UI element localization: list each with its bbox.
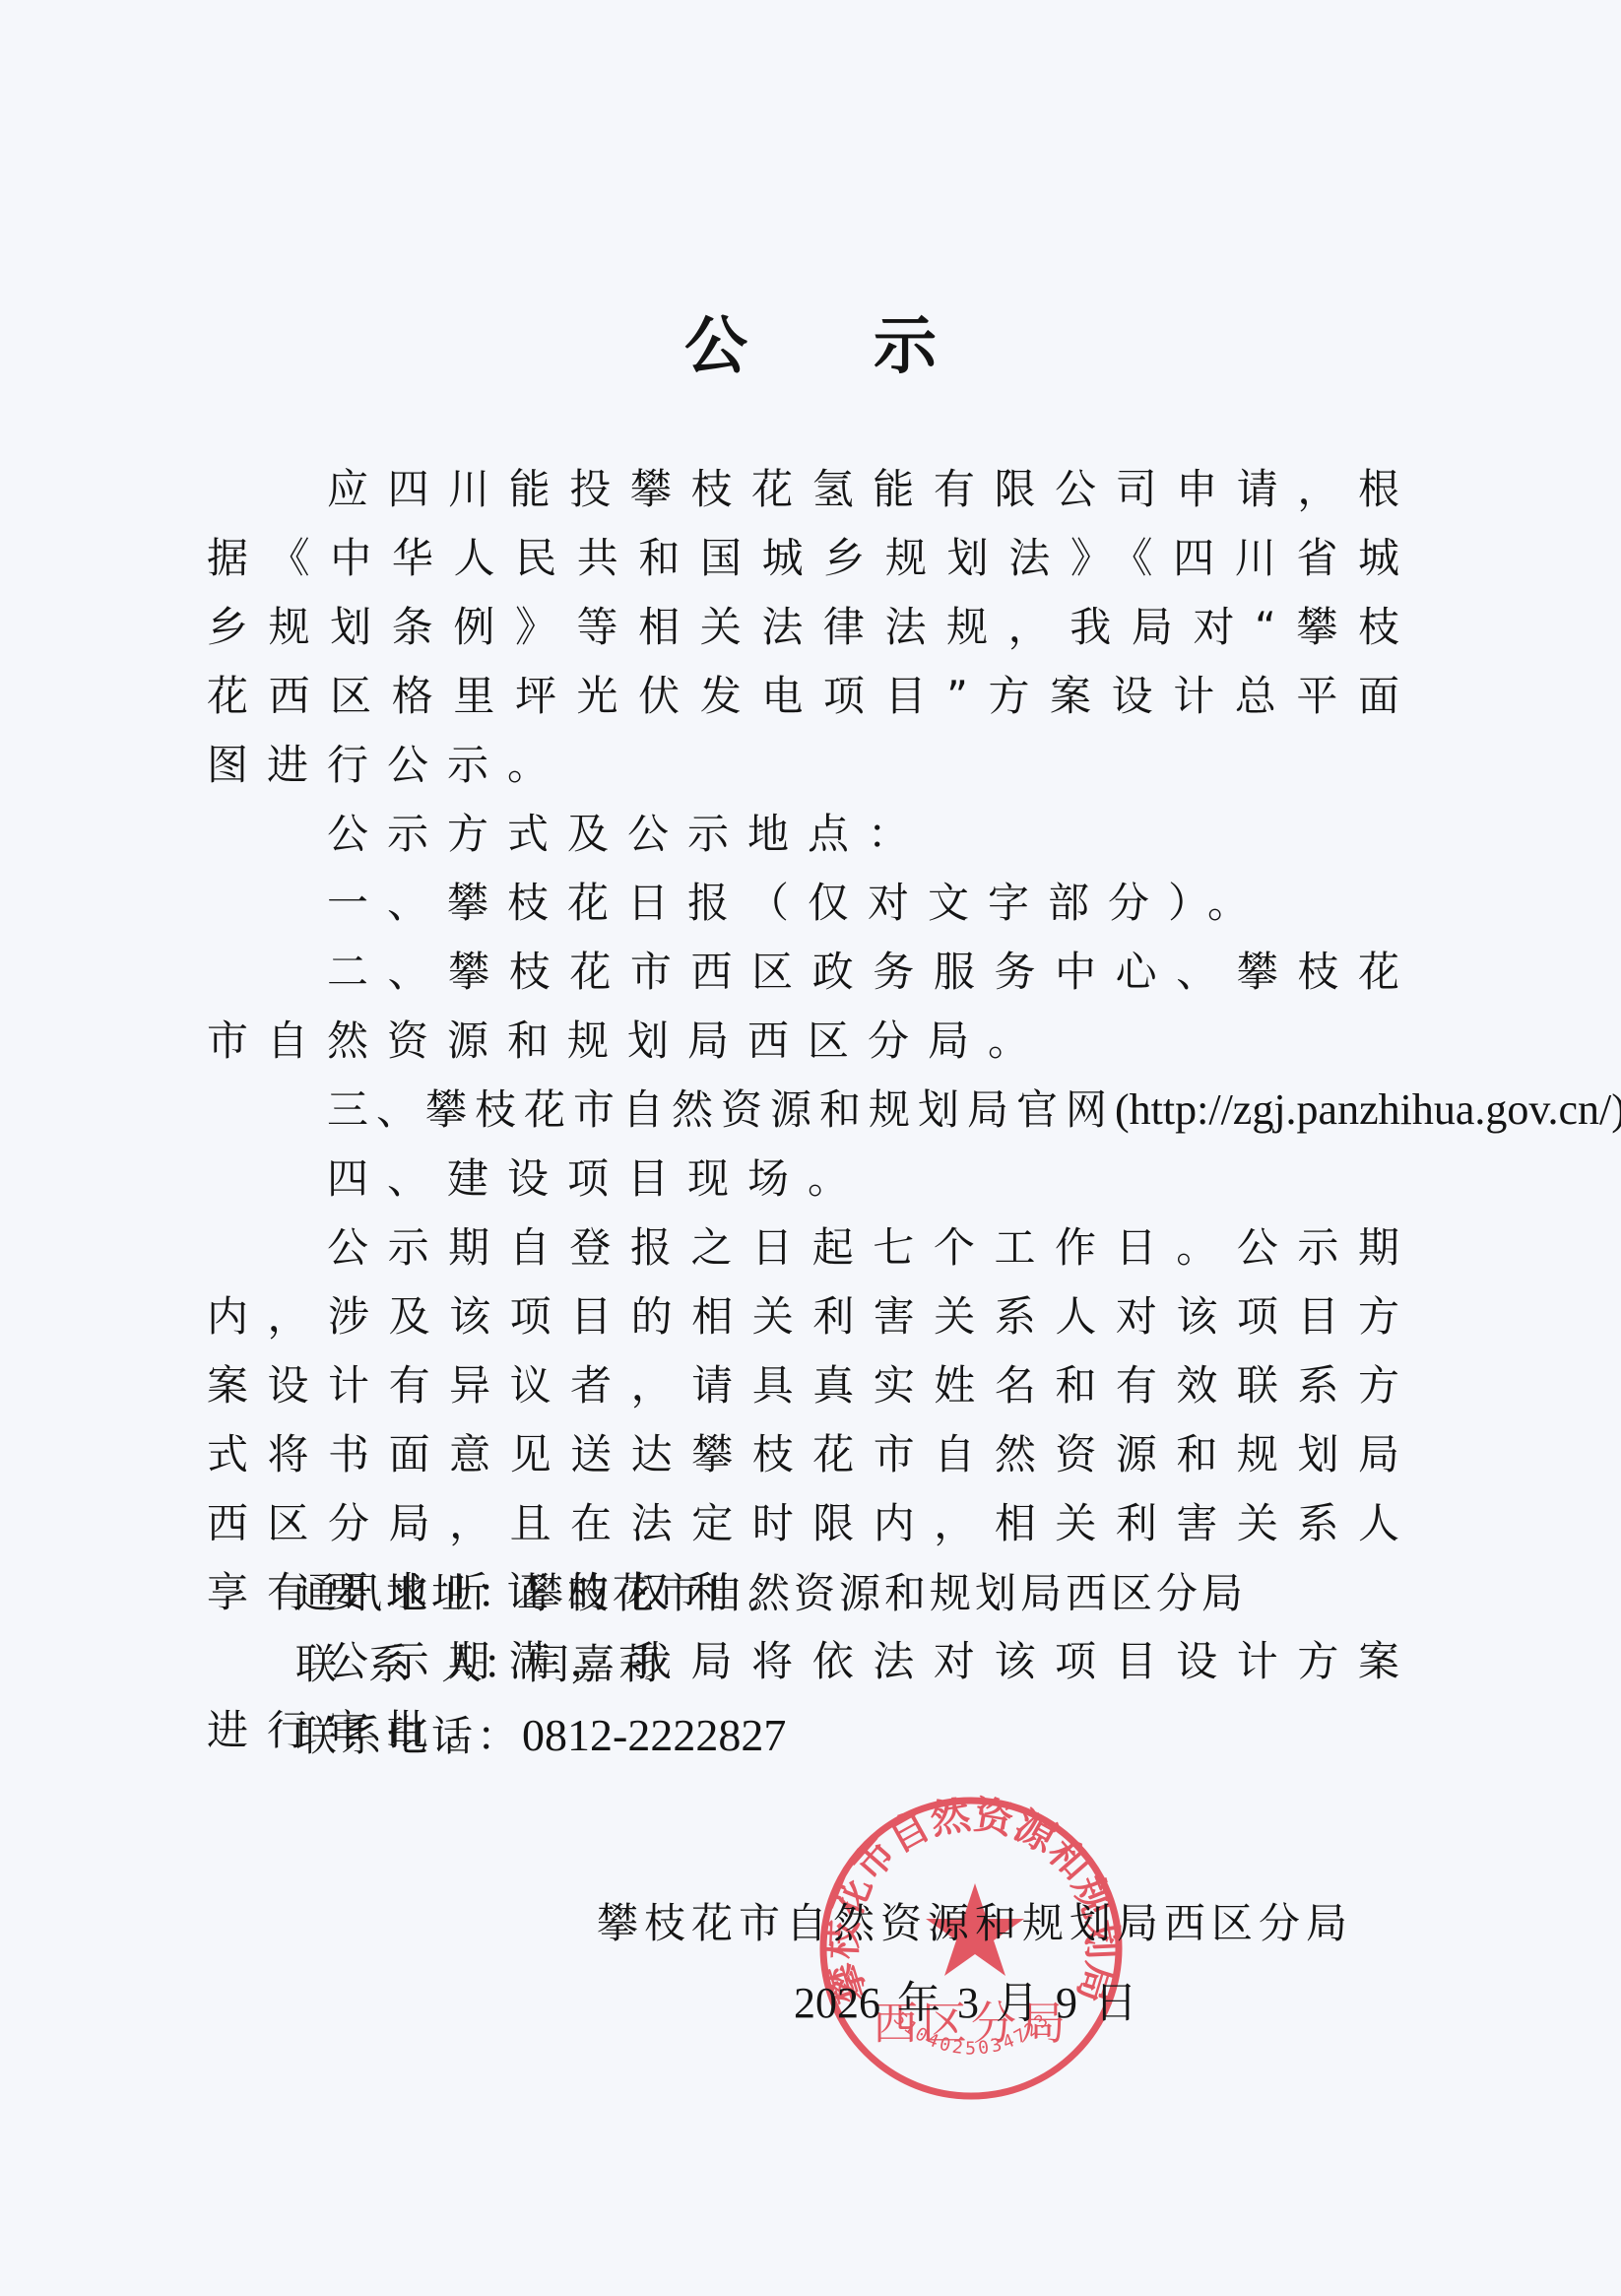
contact-person: 联系人：闫嘉莉 [295,1629,1247,1700]
title-char-2: 示 [874,295,937,386]
list-item-3: 三、攀枝花市自然资源和规划局官网(http://zgj.panzhihua.go… [207,1076,1418,1145]
phone-label: 联系电话： [295,1712,522,1760]
website-link[interactable]: (http://zgj.panzhihua.gov.cn/) [1115,1085,1621,1134]
person-label: 联系人 [295,1640,514,1688]
list-item-3-text: 三、攀枝花市自然资源和规划局官网 [327,1085,1115,1134]
page-title: 公示 [0,295,1621,386]
contact-block: 通讯地址：攀枝花市自然资源和规划局西区分局 联系人：闫嘉莉 联系电话：0812-… [295,1558,1247,1772]
issuer-name: 攀枝花市自然资源和规划局西区分局 [597,1891,1353,1950]
address-label: 通讯地址： [295,1569,522,1617]
person-colon: ： [483,1640,528,1688]
paragraph-intro: 应四川能投攀枝花氢能有限公司申请，根据《中华人民共和国城乡规划法》《四川省城乡规… [207,455,1418,800]
list-item-2: 二、攀枝花市西区政务服务中心、攀枝花市自然资源和规划局西区分局。 [207,938,1418,1076]
contact-phone: 联系电话：0812-2222827 [295,1700,1247,1772]
list-item-1: 一、攀枝花日报（仅对文字部分）。 [207,869,1418,938]
list-item-4: 四、建设项目现场。 [207,1145,1418,1214]
person-value: 闫嘉莉 [528,1640,664,1688]
title-char-1: 公 [684,295,747,386]
paragraph-methods-heading: 公示方式及公示地点： [207,800,1418,869]
phone-value: 0812-2222827 [522,1710,786,1760]
address-value: 攀枝花市自然资源和规划局西区分局 [522,1569,1247,1617]
issue-date: 2026 年 3 月 9 日 [794,1967,1137,2030]
notice-page: 公示 应四川能投攀枝花氢能有限公司申请，根据《中华人民共和国城乡规划法》《四川省… [0,0,1621,2296]
contact-address: 通讯地址：攀枝花市自然资源和规划局西区分局 [295,1558,1247,1629]
